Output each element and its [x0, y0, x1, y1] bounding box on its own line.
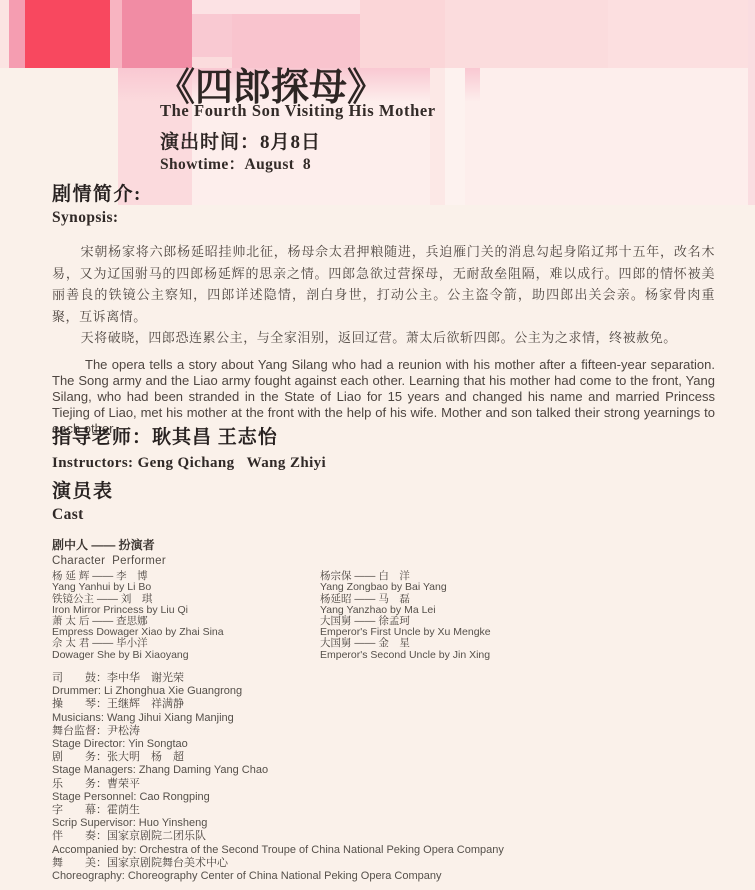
crew-line-en: Stage Director: Yin Songtao — [52, 738, 504, 751]
cast-role-en: Dowager She by Bi Xiaoyang — [52, 650, 320, 661]
crew-line: 操 琴：王继辉 祥满静 — [52, 698, 504, 711]
showtime-cn: 演出时间：8月8日 — [160, 127, 321, 154]
cast-heading-en: Cast — [52, 505, 620, 524]
crew-line-en: Stage Personnel: Cao Rongping — [52, 791, 504, 804]
synopsis-paragraph-cn-1: 宋朝杨家将六郎杨延昭挂帅北征，杨母佘太君押粮随进，兵迫雁门关的消息勾起身陷辽邦十… — [52, 241, 715, 327]
crew-line: 舞 美：国家京剧院舞台美术中心 — [52, 857, 504, 870]
cast-heading-cn: 演员表 — [52, 480, 620, 504]
crew-line-en: Musicians: Wang Jihui Xiang Manjing — [52, 712, 504, 725]
decor-pink-strip — [192, 0, 360, 14]
crew-section: 司 鼓：李中华 谢光荣 Drummer: Li Zhonghua Xie Gua… — [52, 672, 504, 883]
cast-role-en: Emperor's Second Uncle by Jin Xing — [320, 650, 620, 661]
crew-line-en: Drummer: Li Zhonghua Xie Guangrong — [52, 685, 504, 698]
decor-crimson-square — [25, 0, 110, 68]
decor-pink-strip — [608, 0, 748, 68]
showtime-en: Showtime：August 8 — [160, 152, 311, 174]
decor-left-edge-strip — [0, 0, 9, 68]
cast-columns: 杨 延 辉 —— 李 博 Yang Yanhui by Li Bo 铁镜公主 —… — [52, 571, 620, 661]
crew-line-en: Accompanied by: Orchestra of the Second … — [52, 844, 504, 857]
crew-line: 剧 务：张大明 杨 超 — [52, 751, 504, 764]
crew-line: 舞台监督：尹松涛 — [52, 725, 504, 738]
instructors-line-en: Instructors: Geng Qichang Wang Zhiyi — [52, 455, 326, 472]
synopsis-paragraph-cn-2: 天将破晓，四郎恐连累公主，与全家泪别，返回辽营。萧太后欲斩四郎。公主为之求情，终… — [52, 327, 715, 349]
decor-right-edge-strip — [748, 0, 755, 205]
cast-section: 演员表 Cast 剧中人 —— 扮演者 Character Performer … — [52, 480, 620, 661]
cast-role: 佘 太 君 —— 毕小洋 — [52, 638, 320, 649]
decor-pink-strip — [110, 0, 122, 68]
program-page: 《四郎探母》 The Fourth Son Visiting His Mothe… — [0, 0, 755, 890]
instructors-section: 指导老师：耿其昌 王志怡 Instructors: Geng Qichang W… — [52, 422, 326, 472]
cast-role-en: Yang Yanhui by Li Bo — [52, 582, 320, 593]
instructors-line-cn: 指导老师：耿其昌 王志怡 — [52, 422, 326, 449]
cast-column-right: 杨宗保 —— 白 洋 Yang Zongbao by Bai Yang 杨延昭 … — [320, 571, 620, 661]
crew-line: 乐 务：曹荣平 — [52, 778, 504, 791]
opera-title-en: The Fourth Son Visiting His Mother — [160, 101, 436, 121]
synopsis-heading-en: Synopsis: — [52, 208, 715, 227]
synopsis-heading-cn: 剧情简介: — [52, 183, 715, 207]
crew-line: 伴 奏：国家京剧院二团乐队 — [52, 830, 504, 843]
decor-pink-strip — [9, 0, 25, 68]
crew-line-en: Stage Managers: Zhang Daming Yang Chao — [52, 764, 504, 777]
synopsis-section: 剧情简介: Synopsis: 宋朝杨家将六郎杨延昭挂帅北征，杨母佘太君押粮随进… — [52, 183, 715, 437]
crew-line-en: Choreography: Choreography Center of Chi… — [52, 870, 504, 883]
crew-line-en: Scrip Supervisor: Huo Yinsheng — [52, 817, 504, 830]
cast-role-en: Yang Zongbao by Bai Yang — [320, 582, 620, 593]
cast-subheading-cn: 剧中人 —— 扮演者 — [52, 536, 620, 553]
crew-line: 字 幕：霍荫生 — [52, 804, 504, 817]
cast-role: 大国舅 —— 金 星 — [320, 638, 620, 649]
crew-line: 司 鼓：李中华 谢光荣 — [52, 672, 504, 685]
cast-column-left: 杨 延 辉 —— 李 博 Yang Yanhui by Li Bo 铁镜公主 —… — [52, 571, 320, 661]
cast-subheading-en: Character Performer — [52, 555, 620, 567]
